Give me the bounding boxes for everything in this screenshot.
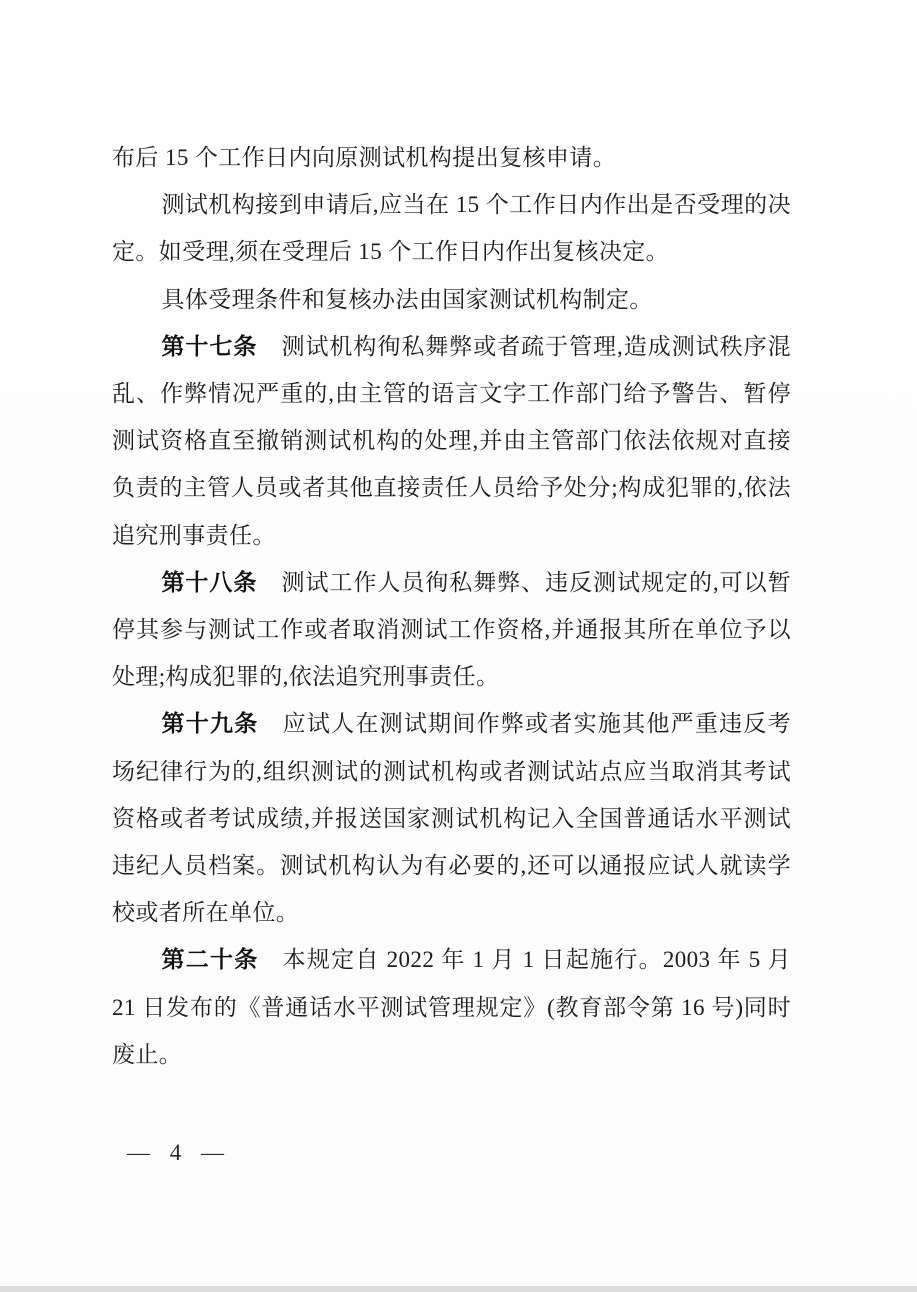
- article-18-paragraph: 第十八条测试工作人员徇私舞弊、违反测试规定的,可以暂停其参与测试工作或者取消测试…: [112, 559, 791, 701]
- article-number: 第二十条: [161, 947, 258, 972]
- article-number: 第十七条: [161, 334, 257, 359]
- page-number: — 4 —: [127, 1140, 231, 1166]
- article-number: 第十八条: [161, 570, 257, 595]
- paragraph-text: 具体受理条件和复核办法由国家测试机构制定。: [161, 287, 652, 312]
- document-page: 布后 15 个工作日内向原测试机构提出复核申请。 测试机构接到申请后,应当在 1…: [0, 0, 917, 1292]
- paragraph-text: 应试人在测试期间作弊或者实施其他严重违反考场纪律行为的,组织测试的测试机构或者测…: [112, 711, 791, 925]
- paragraph: 具体受理条件和复核办法由国家测试机构制定。: [112, 276, 791, 323]
- page-bottom-edge: [0, 1286, 917, 1292]
- paragraph-text: 布后 15 个工作日内向原测试机构提出复核申请。: [112, 145, 616, 170]
- paragraph-text: 测试机构接到申请后,应当在 15 个工作日内作出是否受理的决定。如受理,须在受理…: [112, 192, 791, 264]
- article-19-paragraph: 第十九条应试人在测试期间作弊或者实施其他严重违反考场纪律行为的,组织测试的测试机…: [112, 700, 791, 936]
- article-number: 第十九条: [161, 711, 258, 736]
- paragraph-continuation: 布后 15 个工作日内向原测试机构提出复核申请。: [112, 134, 791, 181]
- paragraph: 测试机构接到申请后,应当在 15 个工作日内作出是否受理的决定。如受理,须在受理…: [112, 181, 791, 275]
- document-body: 布后 15 个工作日内向原测试机构提出复核申请。 测试机构接到申请后,应当在 1…: [112, 134, 791, 1078]
- paragraph-text: 测试机构徇私舞弊或者疏于管理,造成测试秩序混乱、作弊情况严重的,由主管的语言文字…: [112, 334, 791, 548]
- article-20-paragraph: 第二十条本规定自 2022 年 1 月 1 日起施行。2003 年 5 月 21…: [112, 936, 791, 1078]
- article-17-paragraph: 第十七条测试机构徇私舞弊或者疏于管理,造成测试秩序混乱、作弊情况严重的,由主管的…: [112, 323, 791, 559]
